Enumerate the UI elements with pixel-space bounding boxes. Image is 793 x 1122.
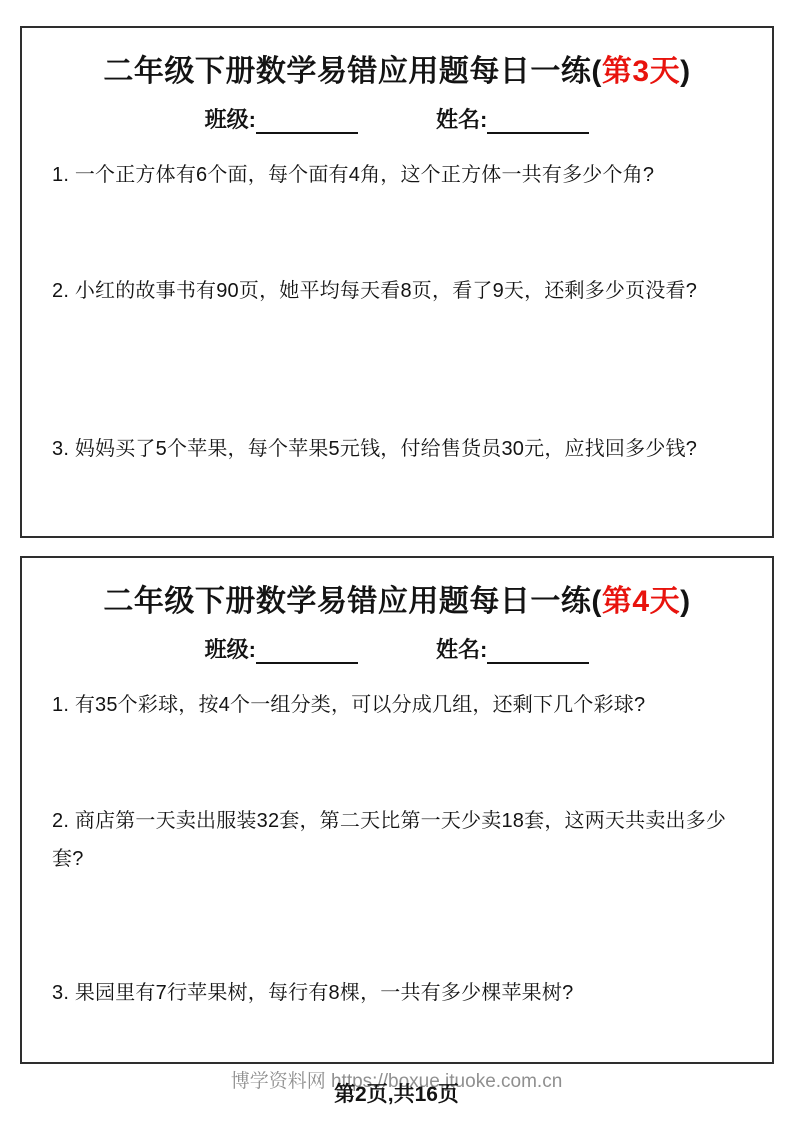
name-label: 姓名: <box>436 636 487 664</box>
question-1: 1. 有35个彩球，按4个一组分类，可以分成几组，还剩下几个彩球? <box>52 686 742 724</box>
question-3: 3. 果园里有7行苹果树，每行有8棵，一共有多少棵苹果树? <box>52 974 742 1012</box>
header-fields: 班级: 姓名: <box>52 106 742 134</box>
worksheet-panel-day3: 二年级下册数学易错应用题每日一练(第3天) 班级: 姓名: 1. 一个正方体有6… <box>20 26 774 538</box>
worksheet-title-day4: 二年级下册数学易错应用题每日一练(第4天) <box>52 582 742 622</box>
name-blank-line <box>487 640 589 664</box>
page-indicator: 第2页,共16页 <box>0 1078 793 1108</box>
class-label: 班级: <box>205 106 256 134</box>
name-field: 姓名: <box>436 106 589 134</box>
title-closing-paren: ) <box>680 55 691 88</box>
page-footer: 博学资料网 https://boxue.jtuoke.com.cn 第2页,共1… <box>0 1062 793 1122</box>
question-1: 1. 一个正方体有6个面，每个面有4角，这个正方体一共有多少个角? <box>52 156 742 194</box>
question-3: 3. 妈妈买了5个苹果，每个苹果5元钱，付给售货员30元，应找回多少钱? <box>52 430 742 468</box>
class-blank-line <box>256 110 358 134</box>
class-blank-line <box>256 640 358 664</box>
name-field: 姓名: <box>436 636 589 664</box>
name-blank-line <box>487 110 589 134</box>
title-text: 二年级下册数学易错应用题每日一练( <box>103 55 602 88</box>
worksheet-page: 二年级下册数学易错应用题每日一练(第3天) 班级: 姓名: 1. 一个正方体有6… <box>0 0 793 1122</box>
title-closing-paren: ) <box>680 585 691 618</box>
class-field: 班级: <box>205 106 358 134</box>
question-2: 2. 小红的故事书有90页，她平均每天看8页，看了9天，还剩多少页没看? <box>52 272 742 310</box>
title-day-highlight: 第3天 <box>602 55 680 88</box>
worksheet-title-day3: 二年级下册数学易错应用题每日一练(第3天) <box>52 52 742 92</box>
title-day-highlight: 第4天 <box>602 585 680 618</box>
header-fields: 班级: 姓名: <box>52 636 742 664</box>
title-text: 二年级下册数学易错应用题每日一练( <box>103 585 602 618</box>
name-label: 姓名: <box>436 106 487 134</box>
worksheet-panel-day4: 二年级下册数学易错应用题每日一练(第4天) 班级: 姓名: 1. 有35个彩球，… <box>20 556 774 1064</box>
question-2: 2. 商店第一天卖出服装32套，第二天比第一天少卖18套，这两天共卖出多少套? <box>52 802 742 878</box>
class-field: 班级: <box>205 636 358 664</box>
class-label: 班级: <box>205 636 256 664</box>
